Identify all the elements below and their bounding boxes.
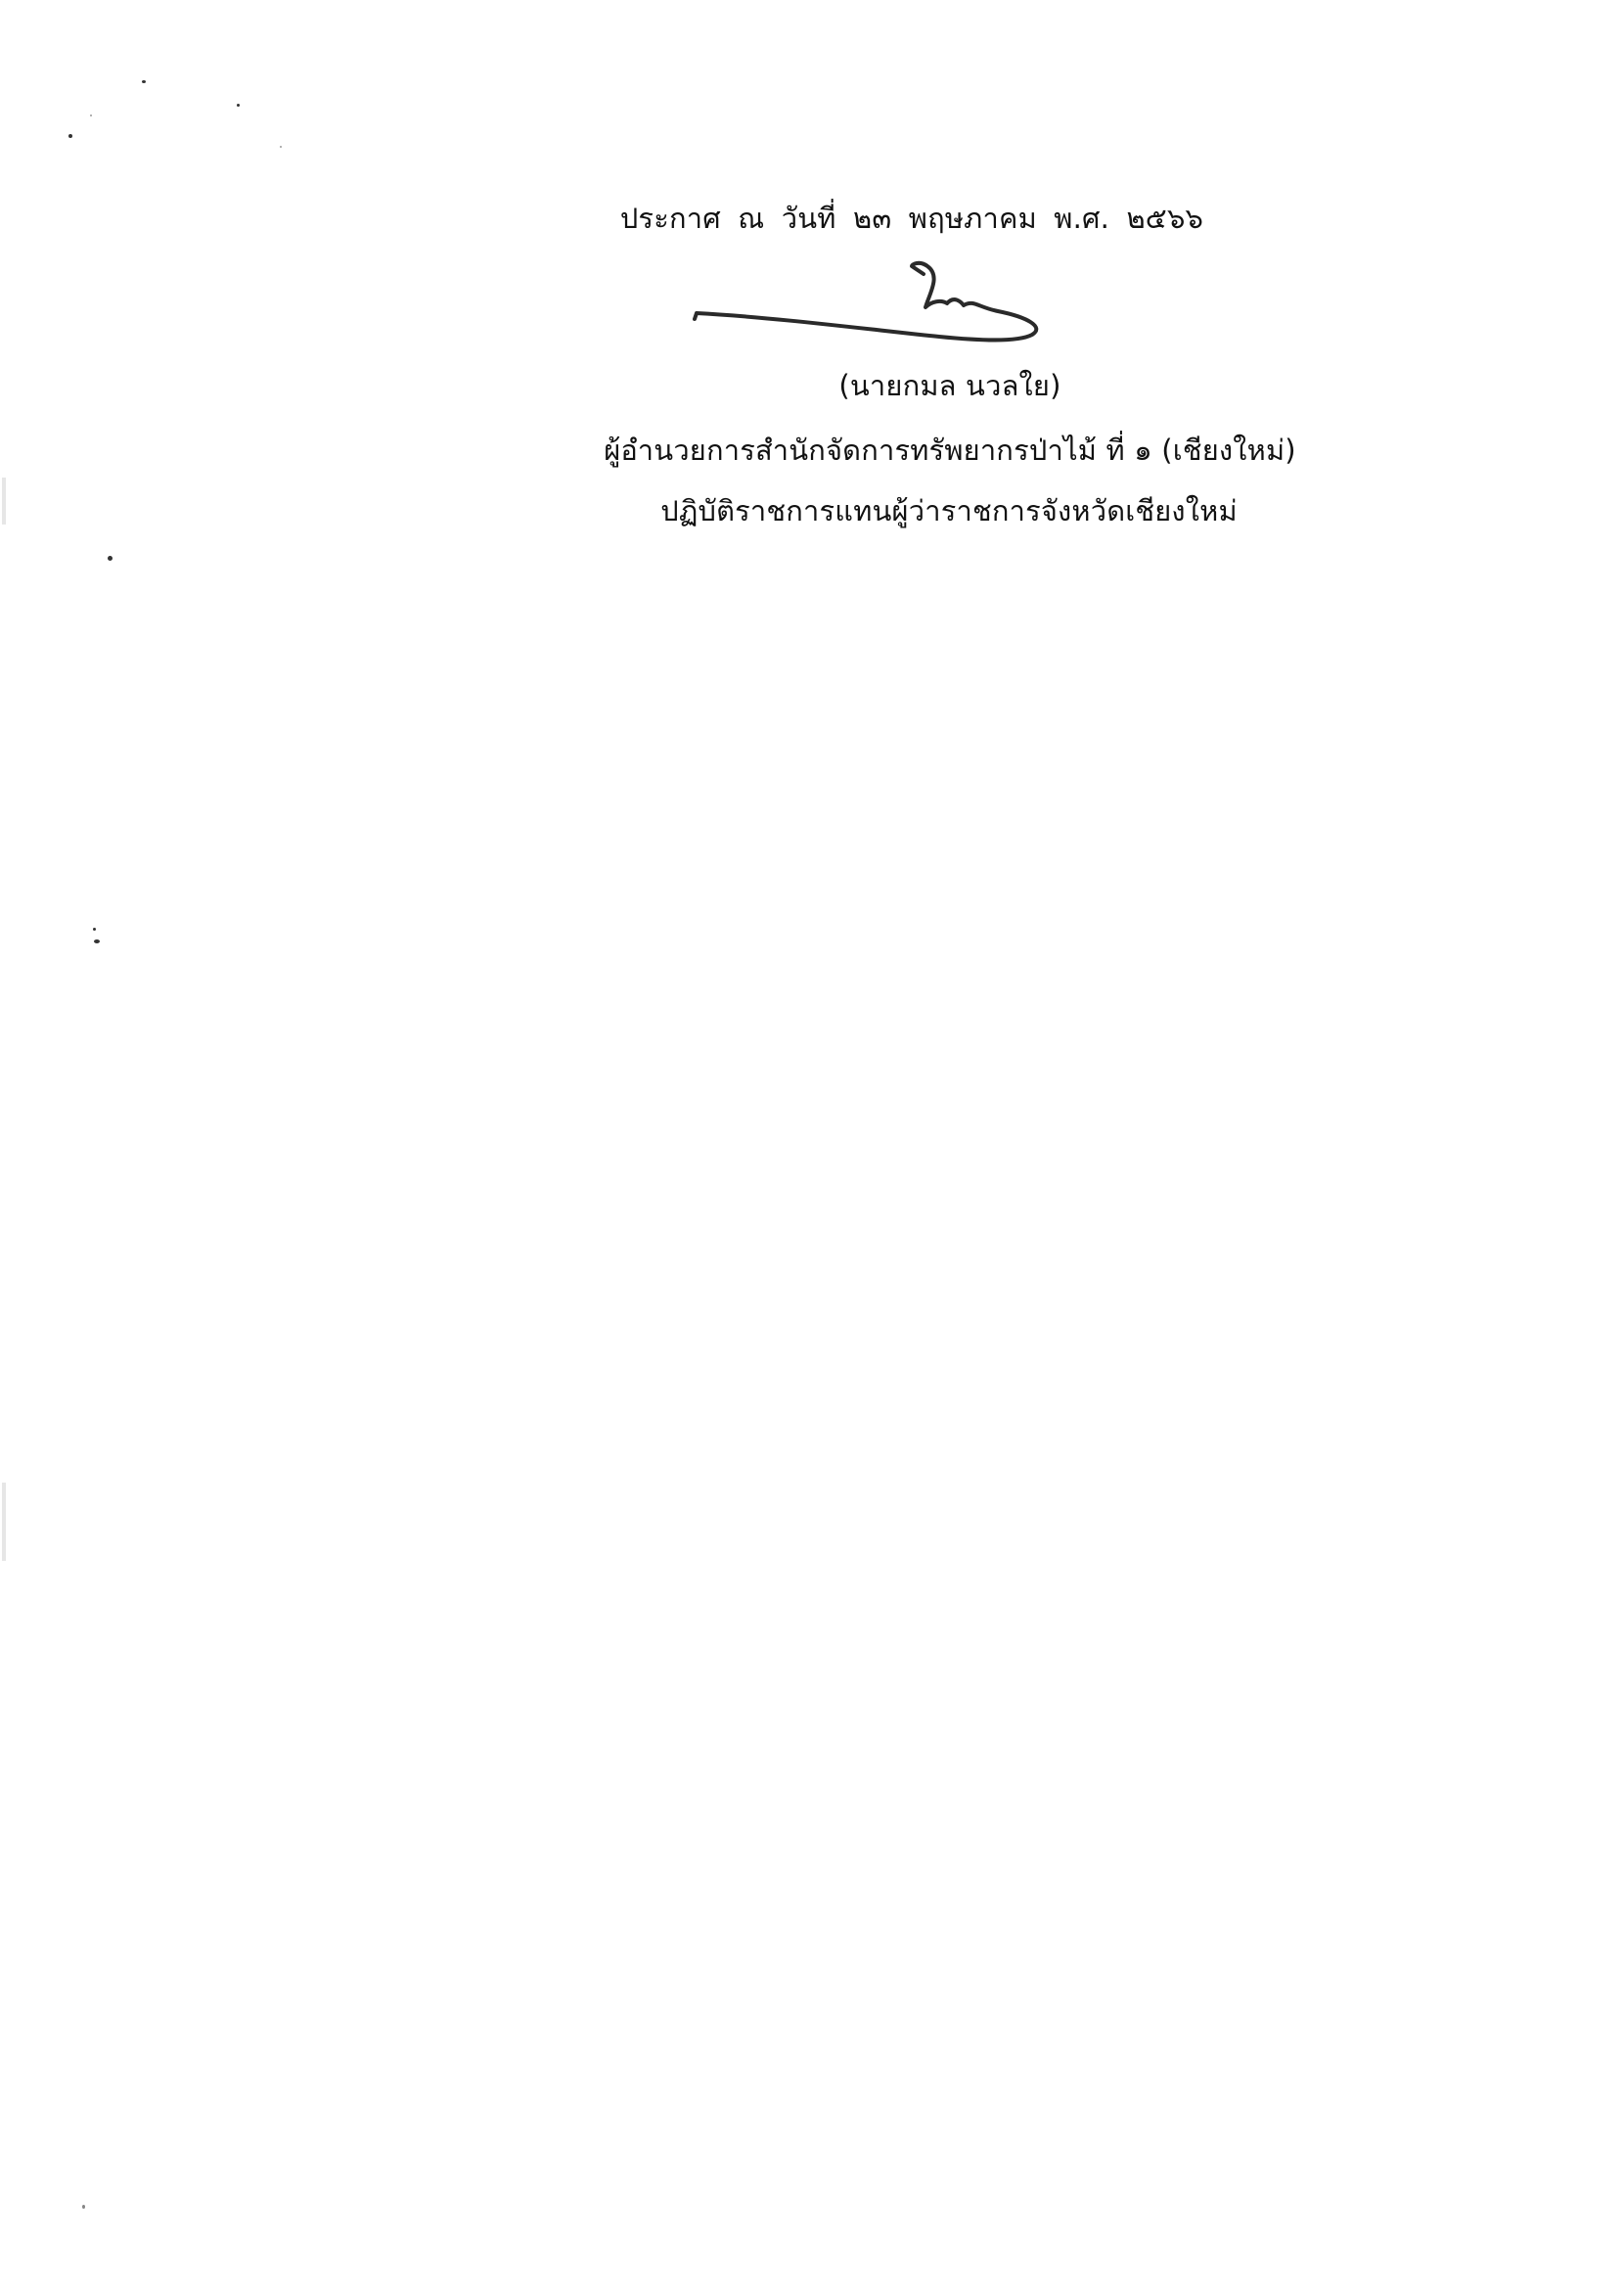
signatory-position: ผู้อำนวยการสำนักจัดการทรัพยากรป่าไม้ ที่… [604, 431, 1296, 470]
scan-speck [82, 2205, 85, 2209]
scan-speck [94, 939, 100, 943]
scan-speck [280, 146, 282, 148]
scan-speck [90, 114, 92, 116]
scan-edge-mark [2, 478, 6, 525]
document-page: ประกาศ ณ วันที่ ๒๓ พฤษภาคม พ.ศ. ๒๕๖๖ (นา… [0, 0, 1624, 2287]
handwritten-signature [685, 256, 1057, 364]
announcement-date-line: ประกาศ ณ วันที่ ๒๓ พฤษภาคม พ.ศ. ๒๕๖๖ [620, 199, 1203, 238]
scan-speck [142, 80, 146, 83]
scan-speck [237, 104, 240, 107]
scan-speck [93, 928, 96, 931]
acting-on-behalf-line: ปฏิบัติราชการแทนผู้ว่าราชการจังหวัดเชียง… [660, 491, 1238, 530]
scan-speck [68, 134, 72, 138]
signatory-name: (นายกมล นวลใย) [838, 366, 1060, 405]
scan-speck [108, 556, 113, 561]
scan-edge-mark [2, 1483, 6, 1561]
